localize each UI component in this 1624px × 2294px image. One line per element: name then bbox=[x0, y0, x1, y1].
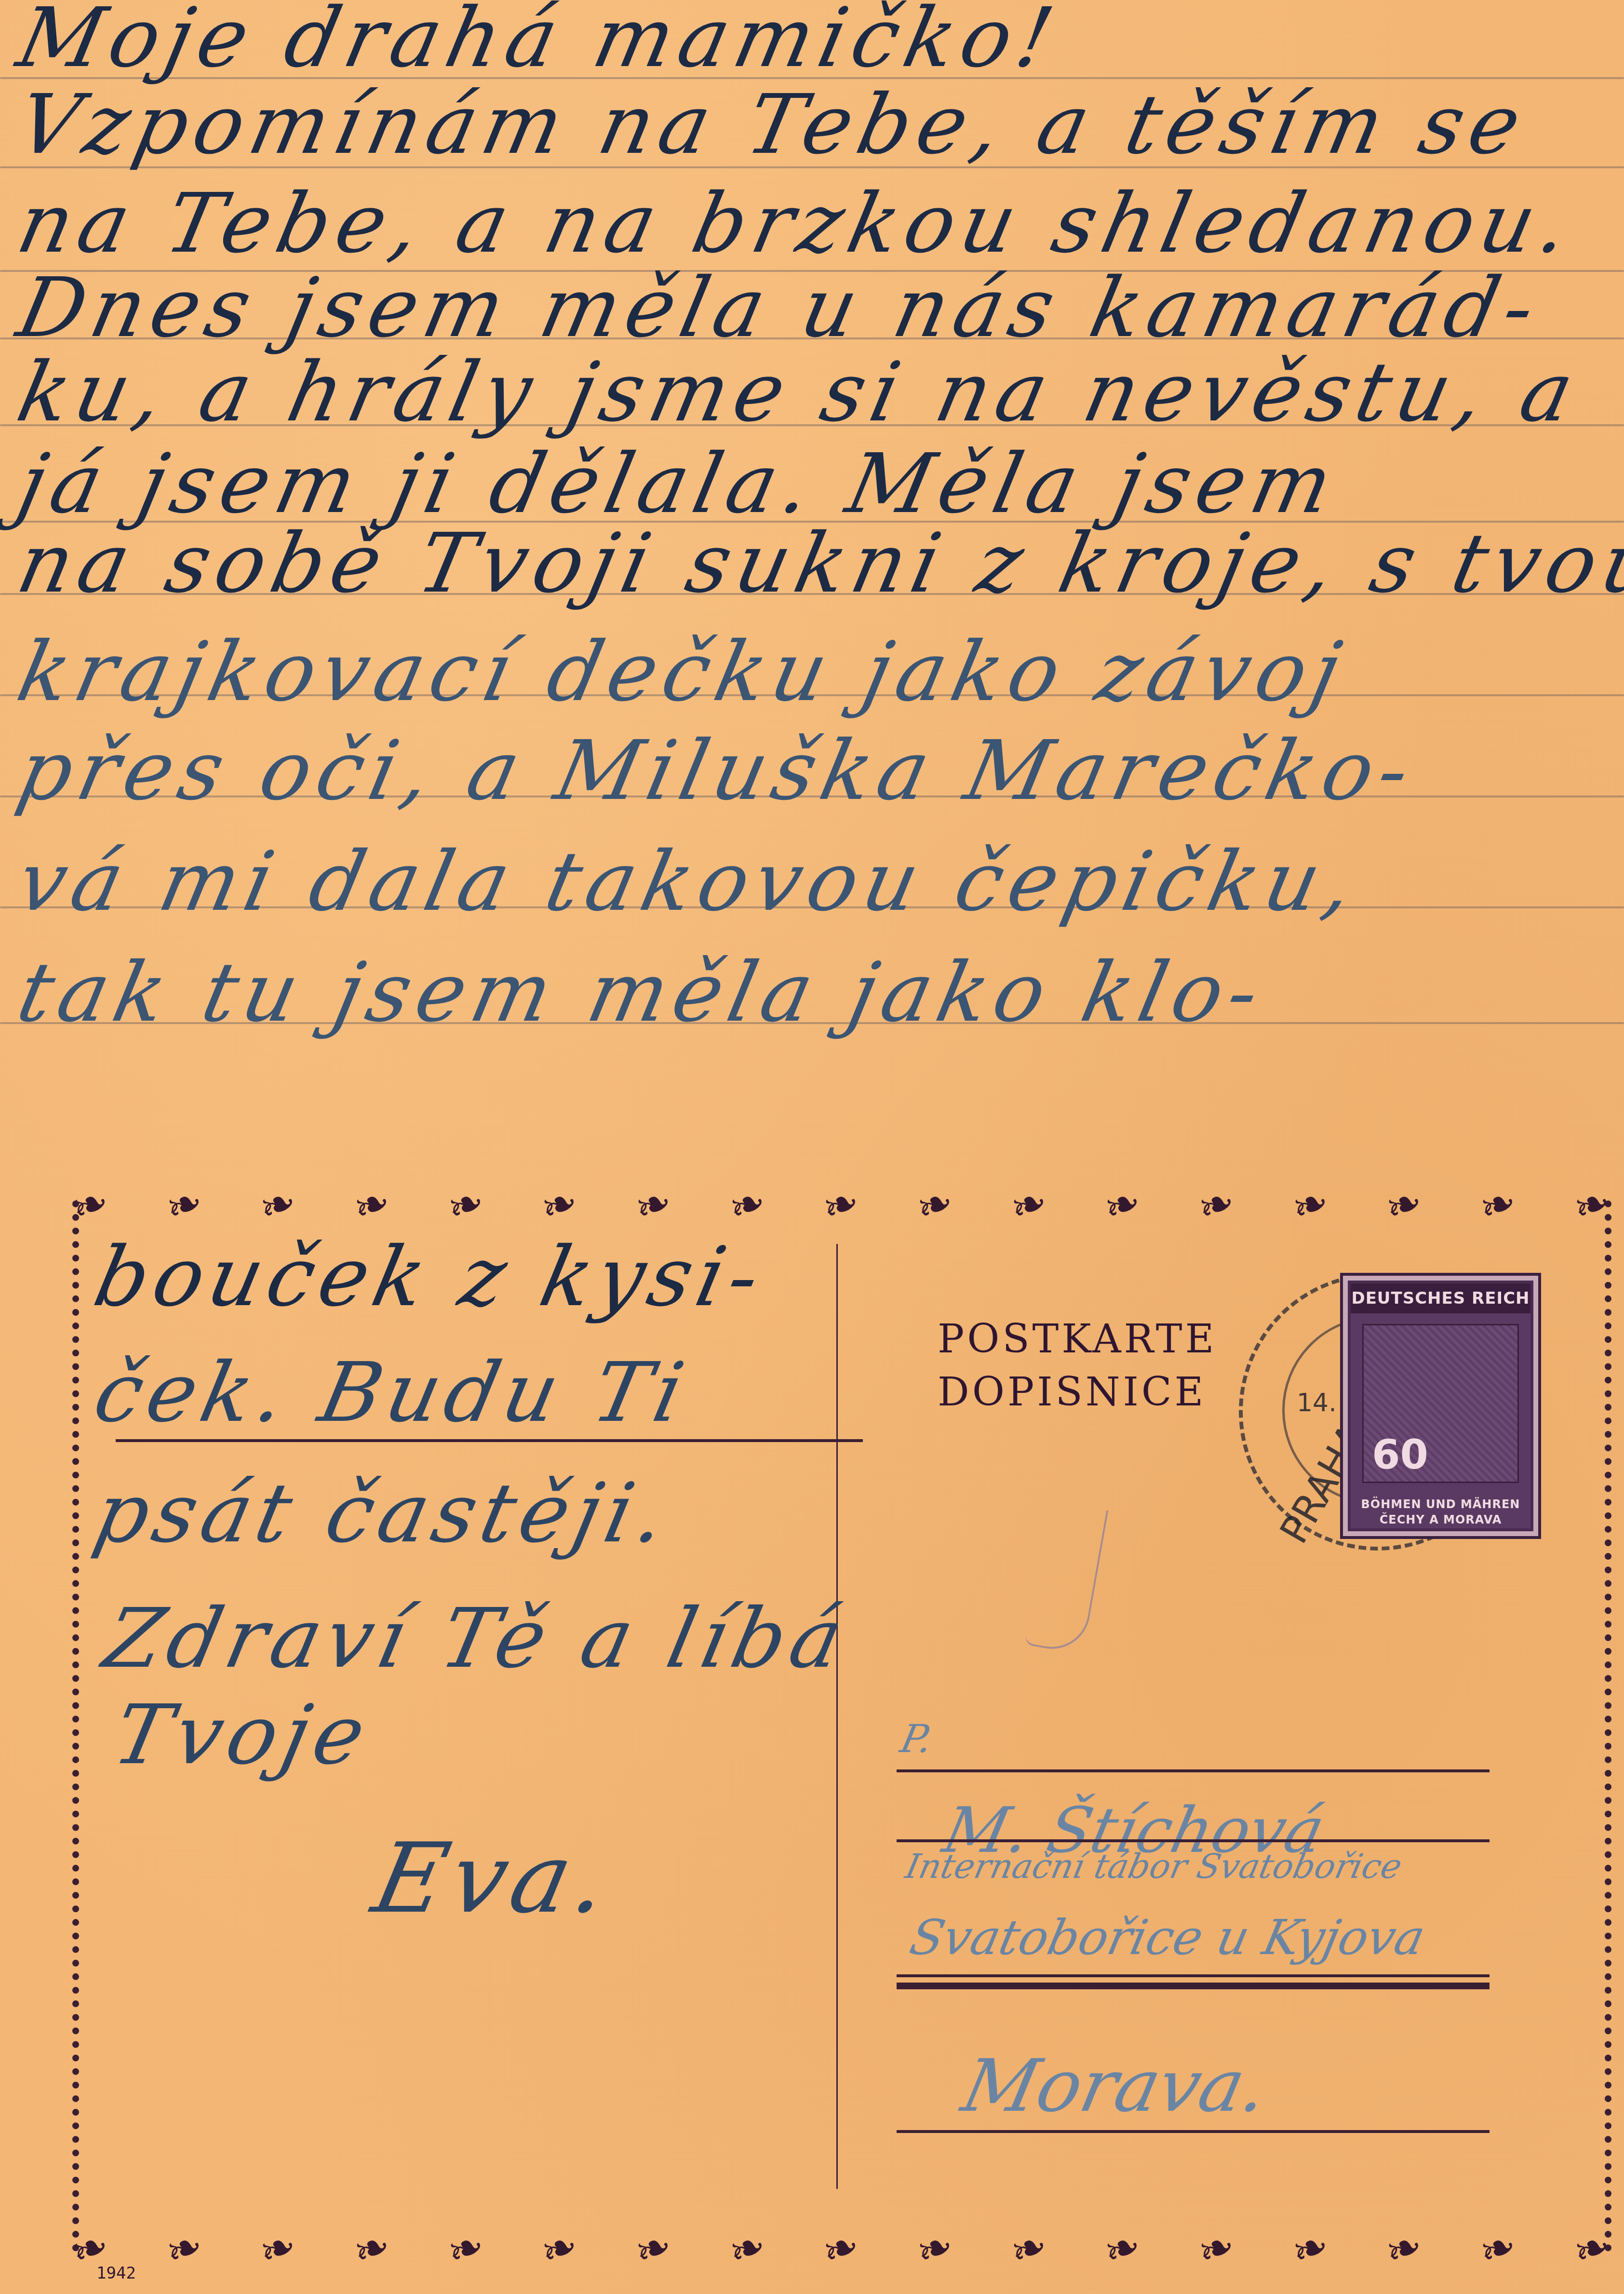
border-ornament: ❧ bbox=[629, 2227, 678, 2271]
border-ornament: ❧ bbox=[160, 2227, 209, 2271]
message-rule bbox=[116, 1439, 863, 1442]
print-year: 1942 bbox=[96, 2264, 136, 2283]
border-ornament: ❧ bbox=[1098, 2227, 1147, 2271]
address-rule bbox=[897, 2130, 1490, 2133]
stamp-footer: BÖHMEN UND MÄHREN ČECHY A MORAVA bbox=[1351, 1497, 1530, 1527]
ornamental-border-bottom: ❧❧❧❧❧❧❧❧❧❧❧❧❧❧❧❧❧ bbox=[72, 2227, 1610, 2271]
address-rule-thick bbox=[897, 1983, 1490, 1989]
address-rule bbox=[897, 1839, 1490, 1842]
handwritten-letter: Moje drahá mamičko! Vzpomínám na Tebe, a… bbox=[0, 0, 1624, 1167]
letter-line: Moje drahá mamičko! bbox=[10, 0, 1068, 86]
border-ornament: ❧ bbox=[1380, 2227, 1429, 2271]
stamp-value: 60 bbox=[1372, 1431, 1428, 1478]
message-line: ček. Budu Ti bbox=[86, 1345, 698, 1441]
border-ornament: ❧ bbox=[1004, 2227, 1053, 2271]
letter-line: na sobě Tvoji sukni z kroje, s tvou bbox=[10, 516, 1624, 611]
border-ornament: ❧ bbox=[723, 2227, 772, 2271]
letter-line: Vzpomínám na Tebe, a těším se bbox=[10, 77, 1535, 173]
address-line-1: Internační tábor Svatobořice bbox=[902, 1847, 1405, 1886]
stamp-footer-de: BÖHMEN UND MÄHREN bbox=[1351, 1497, 1530, 1512]
letter-line: Dnes jsem měla u nás kamarád- bbox=[10, 260, 1550, 356]
border-ornament: ❧ bbox=[348, 2227, 397, 2271]
printed-title-dopisnice: DOPISNICE bbox=[938, 1369, 1206, 1415]
message-address-divider bbox=[836, 1244, 838, 2189]
border-ornament: ❧ bbox=[1567, 2227, 1610, 2271]
postage-stamp: DEUTSCHES REICH 60 BÖHMEN UND MÄHREN ČEC… bbox=[1340, 1273, 1541, 1539]
signature: Eva. bbox=[364, 1822, 624, 1935]
border-ornament: ❧ bbox=[1474, 2227, 1523, 2271]
address-rule bbox=[897, 1974, 1490, 1977]
message-line: bouček z kysi- bbox=[86, 1229, 773, 1325]
address-rule bbox=[897, 1769, 1490, 1772]
message-line: Tvoje bbox=[106, 1687, 379, 1783]
stamp-footer-cz: ČECHY A MORAVA bbox=[1351, 1512, 1530, 1527]
address-line-3: Morava. bbox=[955, 2044, 1275, 2128]
border-ornament: ❧ bbox=[254, 2227, 303, 2271]
border-ornament: ❧ bbox=[911, 2227, 960, 2271]
border-ornament: ❧ bbox=[442, 2227, 491, 2271]
letter-line: na Tebe, a na brzkou shledanou. bbox=[10, 176, 1584, 271]
border-ornament: ❧ bbox=[1192, 2227, 1241, 2271]
letter-line: tak tu jsem měla jako klo- bbox=[10, 945, 1274, 1040]
stamp-header: DEUTSCHES REICH bbox=[1351, 1283, 1530, 1313]
letter-line: krajkovací dečku jako závoj bbox=[10, 624, 1355, 720]
letter-line: vá mi dala takovou čepičku, bbox=[10, 834, 1369, 930]
message-line: Zdraví Tě a líbá bbox=[96, 1591, 856, 1687]
border-ornament: ❧ bbox=[817, 2227, 866, 2271]
border-ornament: ❧ bbox=[1286, 2227, 1335, 2271]
letter-line: ku, a hrály jsme si na nevěstu, a bbox=[10, 345, 1588, 440]
letter-line: přes oči, a Miluška Marečko- bbox=[10, 723, 1424, 819]
border-ornament: ❧ bbox=[535, 2227, 584, 2271]
address-line-2: Svatobořice u Kyjova bbox=[905, 1909, 1430, 1966]
message-line: psát častěji. bbox=[86, 1466, 680, 1561]
printed-title-postkarte: POSTKARTE bbox=[938, 1316, 1217, 1362]
